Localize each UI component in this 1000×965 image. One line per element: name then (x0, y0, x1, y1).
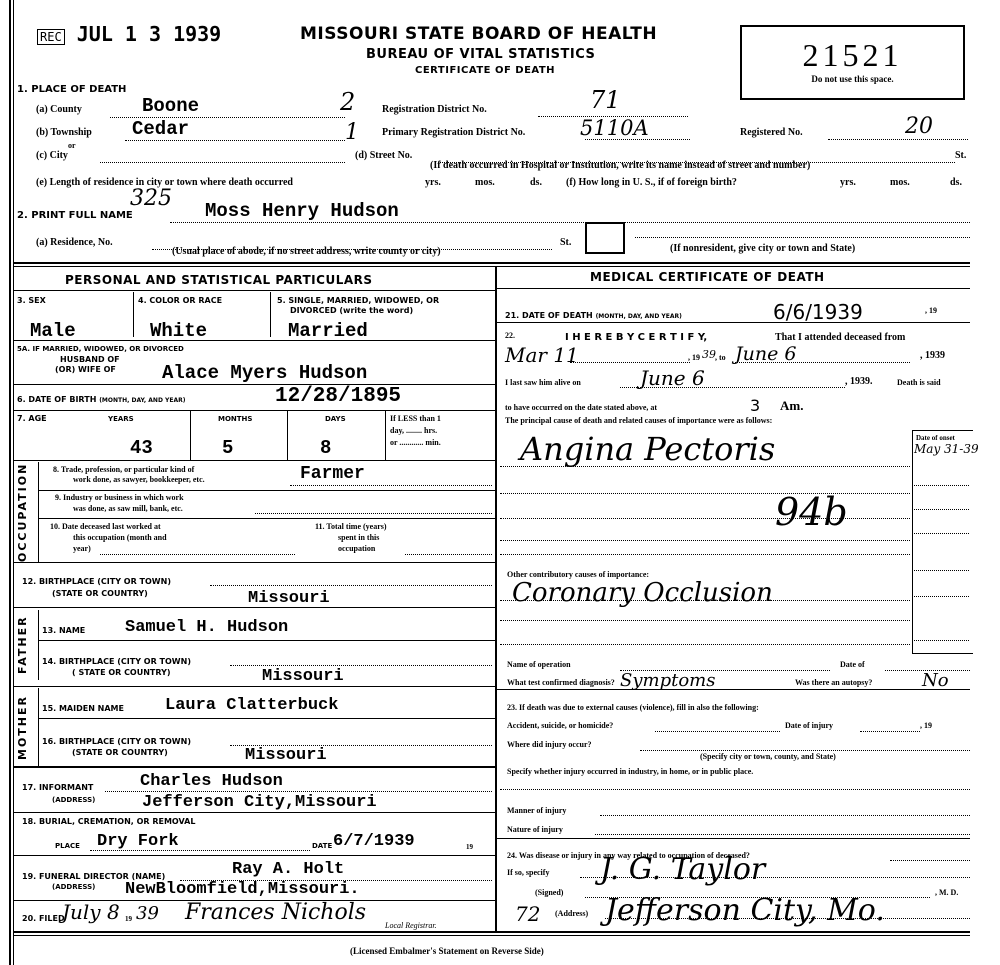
onset-line-6 (914, 640, 969, 641)
birthplace-value: Missouri (248, 589, 330, 608)
trade-rule (38, 490, 495, 491)
autopsy-rule (497, 689, 970, 690)
sex-label: 3. SEX (17, 296, 46, 305)
cause-line-4 (500, 540, 910, 541)
father-side-rule (38, 610, 39, 680)
injury-year: , 19 (920, 721, 932, 730)
document-title: MISSOURI STATE BOARD OF HEALTH (300, 24, 657, 44)
registered-no-label: Registered No. (740, 127, 803, 138)
street-label: (d) Street No. (355, 150, 412, 161)
race-value: White (150, 320, 207, 342)
age-days-value: 8 (320, 437, 331, 459)
medical-heading-rule (497, 288, 970, 289)
cause-line-2 (500, 493, 910, 494)
cause-code: 94b (775, 490, 848, 534)
certify-text: That I attended deceased from (775, 332, 905, 343)
onset-box (912, 430, 973, 654)
birthplace-rule (13, 607, 495, 608)
marital-label: 5. SINGLE, MARRIED, WIDOWED, OR (277, 296, 439, 305)
years-label: YEARS (108, 415, 134, 423)
other-line-1 (500, 600, 910, 601)
onset-line-3 (914, 533, 969, 534)
principal-cause-label: The principal cause of death and related… (505, 416, 772, 425)
street-suffix: St. (955, 150, 966, 161)
informant-value: Charles Hudson (140, 772, 283, 791)
bottom-rule-2 (13, 935, 970, 936)
footer-note: (Licensed Embalmer's Statement on Revers… (350, 946, 544, 956)
file-number: 21521 (742, 37, 963, 74)
injury-date-label: Date of injury (785, 721, 833, 730)
age-years-value: 43 (130, 437, 153, 459)
total-time-label-2: spent in this (338, 533, 379, 542)
residence-label: (a) Residence, No. (36, 237, 113, 248)
residence-st: St. (560, 237, 571, 248)
manner-dots (600, 815, 970, 816)
birthplace-dots (210, 585, 492, 586)
registered-no-value: 20 (905, 114, 933, 139)
other-causes-value: Coronary Occlusion (512, 578, 773, 608)
specify-where-dots (500, 789, 970, 790)
city-label: (c) City (36, 150, 68, 161)
test-label: What test confirmed diagnosis? (507, 678, 615, 687)
attended-from-year: 39 (702, 348, 716, 361)
onset-line-1 (914, 485, 969, 486)
age-divider-2 (287, 410, 288, 460)
less-label-3: or ............ min. (390, 438, 441, 447)
principal-cause-value: Angina Pectoris (520, 430, 775, 468)
township-dots (125, 140, 345, 141)
funeral-address-label: (ADDRESS) (52, 883, 95, 891)
dod-value: 6/6/1939 (773, 300, 863, 324)
received-stamp: REC JUL 1 3 1939 (37, 22, 221, 46)
manner-label: Manner of injury (507, 806, 566, 815)
filed-label: 20. FILED (22, 914, 65, 923)
mother-birthplace-label-2: (STATE OR COUNTRY) (72, 748, 168, 757)
age-divider-3 (385, 410, 386, 460)
signed-label: (Signed) (535, 888, 563, 897)
total-time-label-3: occupation (338, 544, 375, 553)
dob-label: 6. DATE OF BIRTH (MONTH, DAY, AND YEAR) (17, 395, 185, 404)
occupation-side-rule (38, 462, 39, 562)
informant-rule (13, 812, 495, 813)
external-causes-label: 23. If death was due to external causes … (507, 703, 759, 712)
nonresident-note: (If nonresident, give city or town and S… (670, 243, 855, 254)
sex-value: Male (30, 320, 76, 342)
age-divider-1 (190, 410, 191, 460)
attended-from-dots (570, 362, 690, 363)
occupation-question-dots (890, 860, 970, 861)
father-birthplace-value: Missouri (262, 667, 344, 686)
funeral-address-value: NewBloomfield,Missouri. (125, 880, 360, 899)
operation-label: Name of operation (507, 660, 571, 669)
trade-label-2: work done, as sawyer, bookkeeper, etc. (73, 475, 205, 484)
cause-line-1 (500, 466, 910, 467)
occurred-label: to have occurred on the date stated abov… (505, 403, 657, 412)
name-dots (170, 222, 970, 223)
stamp-prefix: REC (37, 29, 65, 45)
foreign-ds: ds. (950, 177, 962, 188)
left-border (9, 0, 11, 965)
onset-line-5 (914, 596, 969, 597)
where-dots (640, 750, 970, 751)
last-saw-dots (620, 387, 845, 388)
occupation-side-label: OCCUPATION (16, 462, 29, 562)
last-worked-dots (100, 554, 295, 555)
autopsy-value: No (922, 670, 949, 691)
spouse-label-3: (OR) WIFE OF (55, 365, 116, 374)
township-label: (b) Township (36, 127, 92, 138)
margin-code: 72 (515, 902, 540, 926)
where-label: Where did injury occur? (507, 740, 592, 749)
funeral-name-value: Ray A. Holt (232, 860, 344, 879)
burial-label: 18. BURIAL, CREMATION, OR REMOVAL (22, 817, 195, 826)
onset-label: Date of onset (916, 434, 955, 442)
cause-line-5 (500, 554, 910, 555)
maiden-rule (38, 718, 495, 719)
row-6-rule (13, 410, 495, 411)
foreign-yrs: yrs. (840, 177, 856, 188)
dod-label: 21. DATE OF DEATH (MONTH, DAY, AND YEAR) (505, 311, 682, 320)
sex-divider (133, 292, 134, 337)
cause-line-3 (500, 518, 910, 519)
trade-dots (290, 485, 492, 486)
maiden-name-label: 15. MAIDEN NAME (42, 704, 124, 713)
filed-date: July 8 (62, 900, 120, 924)
stamp-date: JUL 1 3 1939 (77, 22, 222, 46)
mother-birthplace-label-1: 16. BIRTHPLACE (CITY OR TOWN) (42, 737, 191, 746)
less-label-2: day, ........ hrs. (390, 426, 437, 435)
row-7-rule (13, 460, 495, 461)
attended-to-year: , 1939 (920, 350, 945, 361)
primary-reg-value: 5110A (580, 116, 649, 140)
row-5a-rule (13, 384, 495, 385)
industry-label-2: was done, as saw mill, bank, etc. (73, 504, 183, 513)
dod-suffix: , 19 (925, 306, 937, 315)
industry-label-1: 9. Industry or business in which work (55, 493, 184, 502)
informant-label: 17. INFORMANT (22, 783, 93, 792)
mother-birthplace-value: Missouri (245, 746, 327, 765)
burial-place-label: PLACE (55, 842, 80, 850)
foreign-mos: mos. (890, 177, 910, 188)
trade-label-1: 8. Trade, profession, or particular kind… (53, 465, 194, 474)
physician-address: Jefferson City, Mo. (605, 893, 885, 928)
dob-sub-label: (MONTH, DAY, AND YEAR) (99, 397, 185, 404)
father-birthplace-dots (230, 665, 492, 666)
burial-year-prefix: 19 (466, 843, 473, 851)
maiden-name-value: Laura Clatterbuck (165, 696, 338, 715)
county-code: 2 (340, 88, 355, 116)
race-divider (270, 292, 271, 337)
nature-label: Nature of injury (507, 825, 563, 834)
occupation-rule (13, 562, 495, 563)
father-birthplace-label-2: ( STATE OR COUNTRY) (72, 668, 171, 677)
dod-sub-label: (MONTH, DAY, AND YEAR) (596, 313, 682, 320)
mother-side-rule (38, 688, 39, 768)
row-3-rule (13, 340, 495, 341)
name-code: 325 (130, 186, 172, 211)
if-so-label: If so, specify (507, 868, 549, 877)
informant-address-label: (ADDRESS) (52, 796, 95, 804)
certify-number: 22. (505, 331, 515, 340)
document-subtitle-2: CERTIFICATE OF DEATH (415, 65, 555, 76)
attended-from: Mar 11 (505, 343, 579, 367)
burial-place-value: Dry Fork (97, 832, 179, 851)
test-value: Symptoms (620, 670, 715, 691)
burial-date-label: DATE (312, 842, 332, 850)
injury-date-dots (860, 731, 920, 732)
bottom-rule (13, 931, 970, 933)
age-months-value: 5 (222, 437, 233, 459)
left-border-inner (13, 0, 14, 965)
document-subtitle: BUREAU OF VITAL STATISTICS (366, 47, 595, 62)
less-label-1: If LESS than 1 (390, 414, 441, 423)
other-line-2 (500, 620, 910, 621)
trade-value: Farmer (300, 464, 365, 484)
length-mos: mos. (475, 177, 495, 188)
registrar-signature: Frances Nichols (185, 900, 366, 925)
mother-rule (13, 766, 495, 768)
time-value: 3 (750, 396, 760, 415)
marital-label-2: DIVORCED (write the word) (290, 306, 413, 315)
spouse-label-2: HUSBAND OF (60, 355, 120, 364)
last-worked-label-2: this occupation (month and (73, 533, 167, 542)
birthplace-label-1: 12. BIRTHPLACE (CITY OR TOWN) (22, 577, 171, 586)
onset-line-4 (914, 570, 969, 571)
race-label: 4. COLOR OR RACE (138, 296, 222, 305)
dod-label-text: 21. DATE OF DEATH (505, 311, 593, 320)
last-saw-label: I last saw him alive on (505, 378, 581, 387)
accident-dots (655, 731, 780, 732)
father-rule (13, 686, 495, 687)
specify-city-note: (Specify city or town, county, and State… (700, 752, 836, 761)
onset-value: May 31-39 (914, 442, 979, 456)
specify-where-label: Specify whether injury occurred in indus… (507, 767, 753, 776)
birthplace-label-2: (STATE OR COUNTRY) (52, 589, 148, 598)
marital-value: Married (288, 320, 368, 342)
foreign-label: (f) How long in U. S., if of foreign bir… (566, 177, 737, 188)
burial-rule (13, 855, 495, 856)
address-label: (Address) (555, 909, 588, 918)
father-name-label: 13. NAME (42, 626, 85, 635)
father-name-rule (38, 640, 495, 641)
length-yrs: yrs. (425, 177, 441, 188)
county-value: Boone (142, 95, 199, 117)
nonresident-dots (635, 237, 970, 238)
attended-from-year-prefix: , 19 (688, 353, 700, 362)
reg-district-value: 71 (590, 86, 621, 114)
file-note: Do not use this space. (742, 74, 963, 84)
full-name-value: Moss Henry Hudson (205, 200, 399, 222)
operation-date-label: Date of (840, 660, 865, 669)
full-name-label: 2. PRINT FULL NAME (17, 210, 133, 221)
age-label: 7. AGE (17, 414, 47, 423)
last-worked-label-1: 10. Date deceased last worked at (50, 522, 161, 531)
last-worked-label-3: year) (73, 544, 91, 553)
abode-note: (Usual place of abode, if no street addr… (172, 246, 441, 257)
father-side-label: FATHER (16, 610, 29, 680)
death-said-label: Death is said (897, 378, 941, 387)
hospital-note: (If death occurred in Hospital or Instit… (430, 160, 810, 171)
registered-no-dots (828, 139, 968, 140)
physician-signature: J. G. Taylor (600, 852, 765, 887)
last-saw-year: , 1939. (845, 376, 873, 387)
dob-value: 12/28/1895 (275, 385, 401, 408)
burial-date-value: 6/7/1939 (333, 832, 415, 851)
other-line-3 (500, 644, 910, 645)
accident-label: Accident, suicide, or homicide? (507, 721, 613, 730)
spouse-label-1: 5A. IF MARRIED, WIDOWED, OR DIVORCED (17, 345, 184, 353)
registrar-label: Local Registrar. (385, 921, 437, 930)
mother-side-label: MOTHER (16, 688, 29, 768)
father-birthplace-label-1: 14. BIRTHPLACE (CITY OR TOWN) (42, 657, 191, 666)
place-of-death-label: 1. PLACE OF DEATH (17, 84, 126, 95)
medical-heading: MEDICAL CERTIFICATE OF DEATH (590, 270, 825, 284)
reg-district-label: Registration District No. (382, 104, 487, 115)
spouse-value: Alace Myers Hudson (162, 362, 367, 384)
nature-rule (497, 838, 970, 839)
total-time-label-1: 11. Total time (years) (315, 522, 387, 531)
informant-dots (105, 791, 492, 792)
certify-label: I H E R E B Y C E R T I F Y, (565, 332, 707, 343)
primary-reg-label: Primary Registration District No. (382, 127, 525, 138)
autopsy-label: Was there an autopsy? (795, 678, 872, 687)
dob-label-text: 6. DATE OF BIRTH (17, 395, 96, 404)
center-divider (495, 266, 497, 931)
nature-dots (595, 834, 970, 835)
filed-year: 39 (136, 903, 159, 924)
residence-box (585, 222, 625, 254)
to-label: , to (715, 353, 726, 362)
personal-heading-rule (13, 290, 495, 291)
township-value: Cedar (132, 118, 189, 140)
ampm-value: Am. (780, 398, 803, 414)
city-dots (100, 162, 345, 163)
attended-to-dots (735, 362, 910, 363)
divider-top-2 (13, 266, 970, 267)
file-number-box: 21521 Do not use this space. (740, 25, 965, 100)
days-label: DAYS (325, 415, 346, 423)
filed-year-prefix: 19 (125, 915, 132, 923)
personal-heading: PERSONAL AND STATISTICAL PARTICULARS (65, 273, 373, 287)
informant-address-value: Jefferson City,Missouri (142, 793, 377, 812)
county-label: (a) County (36, 104, 82, 115)
or-label: or (68, 141, 76, 150)
length-ds: ds. (530, 177, 542, 188)
dod-rule (497, 322, 970, 323)
md-label: , M. D. (935, 888, 958, 897)
onset-line-2 (914, 509, 969, 510)
industry-rule (38, 518, 495, 519)
divider-top (13, 262, 970, 264)
township-code: 1 (345, 120, 359, 145)
father-name-value: Samuel H. Hudson (125, 618, 288, 637)
total-time-dots (405, 554, 492, 555)
industry-dots (255, 513, 492, 514)
months-label: MONTHS (218, 415, 252, 423)
